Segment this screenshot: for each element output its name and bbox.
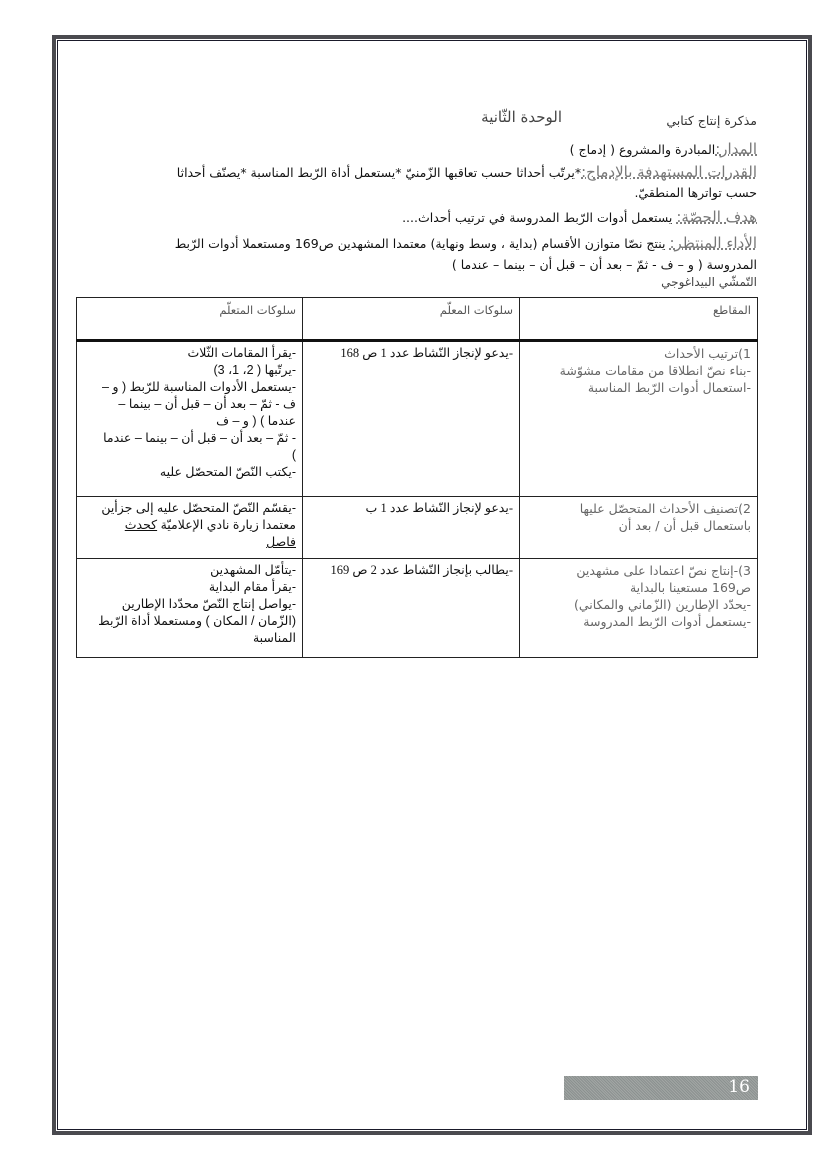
qudurat-value-cont: حسب تواترها المنطقيّ. [634,185,757,200]
learner-line: -يقسّم النّصّ المتحصّل عليه إلى جزأين [83,500,296,517]
segment-line: -بناء نصّ انطلاقا من مقامات مشوّشة [526,362,751,379]
learner-cell: -يتأمّل المشهدين -يقرأ مقام البداية -يوا… [77,559,303,658]
learner-line: -يقرأ مقام البداية [83,579,296,596]
teacher-text: -يطالب بإنجاز النّشاط عدد 2 ص 169 [309,562,513,579]
learner-line: -يكتب النّصّ المتحصّل عليه [83,464,296,481]
hadaf-value: يستعمل أدوات الرّبط المدروسة في ترتيب أح… [402,210,672,225]
teacher-cell: -يطالب بإنجاز النّشاط عدد 2 ص 169 [303,559,520,658]
learner-line: - ثمّ – بعد أن – قبل أن – بينما – عندما [83,430,296,447]
madar-label: المدار: [715,140,757,158]
adaa-label: الأداء المنتظر: [670,234,758,252]
adaa-value-cont: المدروسة ( و – ف - ثمّ – بعد أن – قبل أن… [452,257,757,272]
table-row: 2)تصنيف الأحداث المتحصّل عليها باستعمال … [77,497,758,559]
learner-cell: -يقسّم النّصّ المتحصّل عليه إلى جزأين مع… [77,497,303,559]
qudurat-label: القدرات المستهدفة بالإدماج: [581,163,757,181]
teacher-text: -يدعو لإنجاز النّشاط عدد 1 ص 168 [309,345,513,362]
teacher-cell: -يدعو لإنجاز النّشاط عدد 1 ص 168 [303,341,520,497]
adaa-row-2: المدروسة ( و – ف - ثمّ – بعد أن – قبل أن… [452,257,757,272]
segment-line: -يحدّد الإطارين (الزّماني والمكاني) [526,596,751,613]
learner-line: -يقرأ المقامات الثّلاث [83,345,296,362]
segment-cell: 2)تصنيف الأحداث المتحصّل عليها باستعمال … [520,497,758,559]
table-row: 1)ترتيب الأحداث -بناء نصّ انطلاقا من مقا… [77,341,758,497]
unit-title: الوحدة الثّانية [481,108,562,126]
qudurat-row-2: حسب تواترها المنطقيّ. [634,185,757,200]
segment-line: ص169 مستعينا بالبداية [526,579,751,596]
learner-underlined-line: فاصل [266,534,296,551]
page-number: 16 [728,1077,750,1097]
column-header-teacher: سلوكات المعلّم [303,298,520,341]
learner-line: ) [83,447,296,464]
segment-line: -يستعمل أدوات الرّبط المدروسة [526,613,751,630]
segment-cell: 3)-إنتاج نصّ اعتمادا على مشهدين ص169 مست… [520,559,758,658]
madar-value: المبادرة والمشروع ( إدماج ) [570,142,716,157]
learner-line: -يواصل إنتاج النّصّ محدّدا الإطارين [83,596,296,613]
learner-line: ف - ثمّ – بعد أن – قبل أن – بينما – [83,396,296,413]
column-header-learner: سلوكات المتعلّم [77,298,303,341]
tamashi-heading: التّمشّي البيداغوجي [661,275,757,289]
learner-line: عندما ) ( و – ف [83,413,296,430]
qudurat-value: *يرتّب أحداثا حسب تعاقبها الزّمنيّ *يستع… [177,165,581,180]
learner-line: (الزّمان / المكان ) ومستعملا أداة الرّبط [83,613,296,630]
madar-row: المدار:المبادرة والمشروع ( إدماج ) [570,140,757,158]
segment-line: باستعمال قبل أن / بعد أن [526,517,751,534]
segment-line: -استعمال أدوات الرّبط المناسبة [526,379,751,396]
learner-line: -يرتّبها ( 2، 1، 3) [83,362,296,379]
learner-cell: -يقرأ المقامات الثّلاث -يرتّبها ( 2، 1، … [77,341,303,497]
table-row: 3)-إنتاج نصّ اعتمادا على مشهدين ص169 مست… [77,559,758,658]
learner-line: -يستعمل الأدوات المناسبة للرّبط ( و – [83,379,296,396]
learner-text: معتمدا زيارة نادي الإعلاميّة [157,518,296,532]
page-number-bar: 16 [564,1076,758,1100]
segment-title: 2)تصنيف الأحداث المتحصّل عليها [526,500,751,517]
learner-underlined-text: كحدث [125,518,157,532]
learner-line: -يتأمّل المشهدين [83,562,296,579]
lesson-table: المقاطع سلوكات المعلّم سلوكات المتعلّم 1… [76,297,758,658]
qudurat-row: القدرات المستهدفة بالإدماج:*يرتّب أحداثا… [177,163,757,181]
learner-line: المناسبة [83,630,296,647]
memo-title: مذكرة إنتاج كتابي [666,113,757,128]
hadaf-label: هدف الحصّة: [676,208,757,226]
segment-cell: 1)ترتيب الأحداث -بناء نصّ انطلاقا من مقا… [520,341,758,497]
title-row: مذكرة إنتاج كتابي الوحدة الثّانية [666,113,757,128]
column-header-segments: المقاطع [520,298,758,341]
table-header-row: المقاطع سلوكات المعلّم سلوكات المتعلّم [77,298,758,341]
adaa-value: ينتج نصّا متوازن الأقسام (بداية ، وسط ون… [175,236,666,251]
teacher-text: -يدعو لإنجاز النّشاط عدد 1 ب [309,500,513,517]
segment-title: 3)-إنتاج نصّ اعتمادا على مشهدين [526,562,751,579]
segment-title: 1)ترتيب الأحداث [526,345,751,362]
learner-line: معتمدا زيارة نادي الإعلاميّة كحدث [83,517,296,534]
hadaf-row: هدف الحصّة: يستعمل أدوات الرّبط المدروسة… [402,208,757,226]
adaa-row: الأداء المنتظر: ينتج نصّا متوازن الأقسام… [175,234,757,252]
teacher-cell: -يدعو لإنجاز النّشاط عدد 1 ب [303,497,520,559]
